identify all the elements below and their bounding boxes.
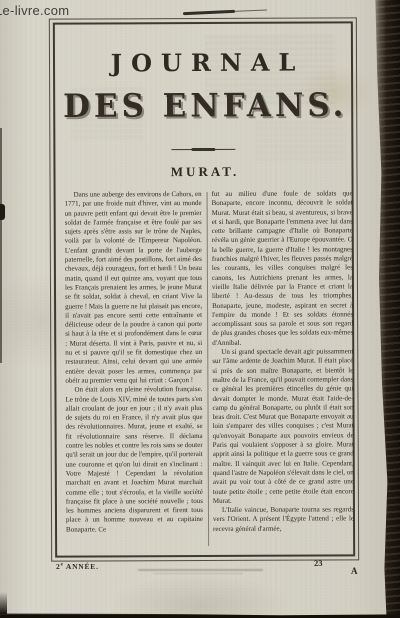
scan-edge-bottom-band [0, 612, 400, 618]
column-left: Dans une auberge des environs de Cahors,… [65, 190, 204, 549]
paragraph: Dans une auberge des environs de Cahors,… [65, 190, 203, 386]
article-body: Dans une auberge des environs de Cahors,… [64, 189, 346, 545]
column-divider-rule [207, 192, 210, 546]
scan-edge-left-corner [0, 592, 7, 614]
printer-signature-mark: A [351, 566, 358, 576]
column-right: fut au milieu d'une foule de soldats que… [212, 189, 355, 548]
scan-edge-left-mark [0, 204, 5, 220]
watermark-text: Le-livre.com [0, 3, 69, 18]
paragraph: On était alors en pleine révolution fran… [65, 385, 203, 534]
scan-edge-right-band [370, 0, 400, 618]
scanned-page: Le-livre.com JOURNAL DES ENFANS. MURAT. … [0, 0, 400, 618]
edition-word: ANNÉE. [66, 562, 99, 571]
masthead-title: JOURNAL [55, 47, 351, 77]
page-frame: JOURNAL DES ENFANS. MURAT. Dans une aube… [49, 17, 359, 561]
page-number: 23 [314, 558, 323, 568]
footer-edition-label: 2e ANNÉE. [56, 562, 99, 571]
page-frame-inner-rule: JOURNAL DES ENFANS. MURAT. Dans une aube… [53, 21, 355, 557]
article-title: MURAT. [55, 163, 351, 180]
masthead-subtitle: DES ENFANS. [55, 87, 351, 126]
ink-smudge [183, 10, 235, 15]
edition-ordinal-suffix: e [61, 563, 64, 568]
scan-edge-left [0, 128, 2, 363]
paragraph: Un si grand spectacle devait agir puissa… [212, 347, 354, 506]
decorative-rule [171, 148, 235, 152]
paragraph: fut au milieu d'une foule de soldats que… [212, 189, 354, 348]
footer-smudge-mark [138, 569, 263, 571]
paragraph: L'Italie vaincue, Bonaparte tourna ses r… [213, 505, 354, 534]
showthrough-ghost-text [255, 119, 345, 159]
